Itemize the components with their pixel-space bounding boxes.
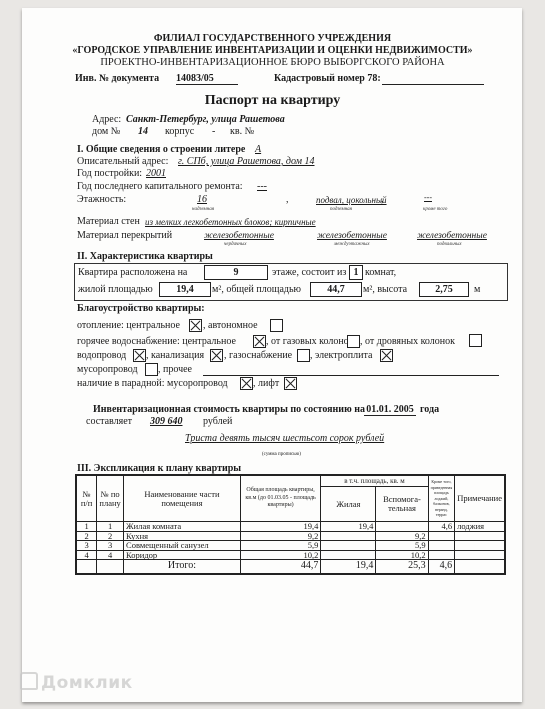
- totals-note: [455, 560, 505, 575]
- cell-empty: [97, 560, 124, 575]
- wood-column-checkbox[interactable]: [469, 334, 482, 347]
- cell-aux: [376, 522, 428, 532]
- comma: ,: [286, 194, 289, 205]
- cell-total: 19,4: [240, 522, 321, 532]
- cell-num: 1: [76, 522, 97, 532]
- cell-note: лоджия: [455, 522, 505, 532]
- walls-label: Материал стен: [77, 216, 140, 227]
- address-value: Санкт-Петербург, улица Рашетова: [126, 114, 285, 125]
- electric-stove-checkbox[interactable]: [380, 349, 393, 362]
- autonomous-label: , автономное: [203, 320, 258, 331]
- repair-label: Год последнего капитального ремонта:: [77, 181, 243, 192]
- rooms-label: этаже, состоит из: [272, 267, 346, 278]
- cadastral-value-line: [382, 84, 484, 85]
- heating-label: отопление: центральное: [77, 320, 180, 331]
- floors-below-caption: подземная: [330, 207, 352, 212]
- page-title: Паспорт на квартиру: [0, 93, 545, 109]
- cell-num: 3: [76, 541, 97, 551]
- total-label: м², общей площадью: [212, 284, 301, 295]
- cell-extra: [428, 550, 455, 560]
- header-name: Наименование части помещения: [124, 475, 241, 522]
- korpus-label: корпус: [165, 126, 194, 137]
- header-total: Общая площадь квартиры, кв.м (до 01.03.0…: [240, 475, 321, 522]
- cell-extra: [428, 531, 455, 541]
- comma: ,: [381, 194, 384, 205]
- floor-value: 9: [204, 265, 268, 280]
- other-value-line: [203, 375, 499, 376]
- repair-value: ---: [257, 181, 267, 192]
- floors-extra-caption: кроме того: [423, 207, 447, 212]
- amenities-title: Благоустройство квартиры:: [77, 303, 205, 314]
- valuation-date: 01.01. 2005: [364, 404, 416, 416]
- heating-autonomous-checkbox[interactable]: [270, 319, 283, 332]
- entrance-chute-checkbox[interactable]: [240, 377, 253, 390]
- header-extra: Кроме того, приведенная площадь лоджий, …: [428, 475, 455, 522]
- ceiling-basement: железобетонные: [417, 231, 487, 241]
- living-value: 19,4: [159, 282, 211, 297]
- gas-label: , газоснабжение: [224, 350, 292, 361]
- watermark: Домклик: [20, 672, 133, 693]
- cell-living: [321, 550, 376, 560]
- year-built-value: 2001: [146, 168, 166, 179]
- header-note: Примечание: [455, 475, 505, 522]
- cell-living: 19,4: [321, 522, 376, 532]
- inv-label: Инв. № документа: [75, 73, 159, 84]
- amount-label: составляет: [86, 416, 132, 427]
- totals-aux: 25,3: [376, 560, 428, 575]
- floor-label: Квартира расположена на: [78, 267, 187, 278]
- floors-below: подвал, цокольный: [316, 195, 387, 205]
- ceiling-attic-caption: чердачных: [224, 242, 246, 247]
- cell-living: [321, 541, 376, 551]
- cell-name: Совмещенный санузел: [124, 541, 241, 551]
- ceiling-basement-caption: подвальных: [437, 242, 462, 247]
- cell-note: [455, 541, 505, 551]
- cell-note: [455, 531, 505, 541]
- cell-total: 5,9: [240, 541, 321, 551]
- totals-row: Итого: 44,7 19,4 25,3 4,6: [76, 560, 505, 575]
- lift-checkbox[interactable]: [284, 377, 297, 390]
- sewer-checkbox[interactable]: [210, 349, 223, 362]
- desc-address-label: Описательный адрес:: [77, 156, 168, 167]
- watermark-text: Домклик: [41, 673, 133, 693]
- lift-label: , лифт: [253, 378, 279, 389]
- wood-column-label: , от дровяных колонок: [360, 336, 455, 347]
- cell-note: [455, 550, 505, 560]
- desc-address-value: г. СПб, улица Рашетова, дом 14: [178, 156, 314, 167]
- hotwater-central-checkbox[interactable]: [253, 335, 266, 348]
- currency-label: рублей: [203, 416, 232, 427]
- year-built-label: Год постройки:: [77, 168, 142, 179]
- cell-extra: 4,6: [428, 522, 455, 532]
- ceiling-interfloor: железобетонные: [317, 231, 387, 241]
- cell-aux: 10,2: [376, 550, 428, 560]
- cell-aux: 5,9: [376, 541, 428, 551]
- ceiling-attic: железобетонные: [204, 231, 274, 241]
- entrance-label: наличие в парадной: мусоропровод: [77, 378, 228, 389]
- valuation-label: Инвентаризационная стоимость квартиры по…: [93, 404, 365, 415]
- cell-name: Жилая комната: [124, 522, 241, 532]
- header-plan: № по плану: [97, 475, 124, 522]
- chute-checkbox[interactable]: [145, 363, 158, 376]
- hotwater-label: горячее водоснабжение: центральное: [77, 336, 236, 347]
- floors-label: Этажность:: [77, 194, 126, 205]
- cell-plan: 4: [97, 550, 124, 560]
- cell-empty: [76, 560, 97, 575]
- cell-name: Коридор: [124, 550, 241, 560]
- house-value: 14: [138, 126, 148, 137]
- stove-label: , электроплита: [310, 350, 372, 361]
- floors-extra: ---: [424, 193, 432, 202]
- section3-title: III. Экспликация к плану квартиры: [77, 463, 241, 474]
- cell-total: 10,2: [240, 550, 321, 560]
- ceiling-interfloor-caption: междуэтажных: [334, 242, 370, 247]
- org-line-2: «ГОРОДСКОЕ УПРАВЛЕНИЕ ИНВЕНТАРИЗАЦИИ И О…: [0, 45, 545, 56]
- height-unit: м: [474, 284, 480, 295]
- header-incl: в т.ч. площадь, кв. м: [321, 475, 428, 487]
- totals-label: Итого:: [124, 560, 241, 575]
- house-label: дом №: [92, 126, 120, 137]
- apt-label: кв. №: [230, 126, 254, 137]
- table-row: 4 4 Коридор 10,2 10,2: [76, 550, 505, 560]
- chute-label: мусоропровод: [77, 364, 138, 375]
- header-num: № п/п: [76, 475, 97, 522]
- living-label: жилой площадью: [78, 284, 153, 295]
- gas-checkbox[interactable]: [297, 349, 310, 362]
- sewer-label: , канализация: [146, 350, 204, 361]
- litera-value: А: [255, 144, 261, 155]
- header-aux: Вспомога-тельная: [376, 487, 428, 522]
- heating-central-checkbox[interactable]: [189, 319, 202, 332]
- floors-above-caption: надземная: [192, 207, 214, 212]
- totals-total: 44,7: [240, 560, 321, 575]
- cadastral-label: Кадастровый номер 78:: [274, 73, 381, 84]
- cell-plan: 1: [97, 522, 124, 532]
- water-label: водопровод: [77, 350, 126, 361]
- cell-extra: [428, 541, 455, 551]
- height-value: 2,75: [419, 282, 469, 297]
- org-line-1: ФИЛИАЛ ГОСУДАРСТВЕННОГО УЧРЕЖДЕНИЯ: [0, 33, 545, 44]
- explication-table: № п/п № по плану Наименование части поме…: [75, 474, 506, 575]
- cell-plan: 3: [97, 541, 124, 551]
- section1-title: I. Общие сведения о строении литере: [77, 144, 245, 155]
- rooms-value: 1: [349, 265, 363, 280]
- header-living: Жилая: [321, 487, 376, 522]
- amount-in-words: Триста девять тысяч шестьсот сорок рубле…: [185, 433, 384, 444]
- address-label: Адрес:: [92, 114, 121, 125]
- water-checkbox[interactable]: [133, 349, 146, 362]
- org-line-3: ПРОЕКТНО-ИНВЕНТАРИЗАЦИОННОЕ БЮРО ВЫБОРГС…: [0, 57, 545, 68]
- height-label: м², высота: [363, 284, 407, 295]
- amount-value: 309 640: [150, 416, 183, 427]
- totals-extra: 4,6: [428, 560, 455, 575]
- ceilings-label: Материал перекрытий: [77, 230, 172, 241]
- house-logo-icon: [20, 672, 38, 690]
- inv-value: 14083/05: [176, 73, 238, 85]
- gas-column-label: , от газовых колонок: [266, 336, 354, 347]
- gas-column-checkbox[interactable]: [347, 335, 360, 348]
- valuation-year-suffix: года: [420, 404, 439, 415]
- walls-value: из мелких легкобетонных блоков; кирпичны…: [145, 217, 316, 227]
- other-label: , прочее: [158, 364, 192, 375]
- table-row: 3 3 Совмещенный санузел 5,9 5,9: [76, 541, 505, 551]
- section2-title: II. Характеристика квартиры: [77, 251, 213, 262]
- korpus-value: -: [212, 126, 215, 137]
- table-row: 1 1 Жилая комната 19,4 19,4 4,6 лоджия: [76, 522, 505, 532]
- totals-living: 19,4: [321, 560, 376, 575]
- cell-living: [321, 531, 376, 541]
- floors-above: 16: [197, 194, 207, 205]
- rooms-suffix: комнат,: [365, 267, 396, 278]
- cell-num: 4: [76, 550, 97, 560]
- amount-in-words-caption: (сумма прописью): [262, 452, 301, 457]
- total-value: 44,7: [310, 282, 362, 297]
